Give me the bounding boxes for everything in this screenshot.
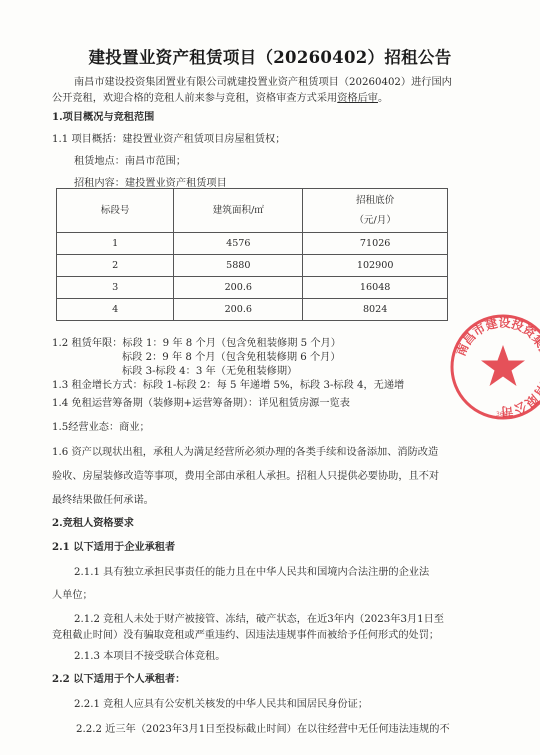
- svg-text:3601: 3601: [496, 411, 511, 418]
- item-1-1: 1.1 项目概括：建投置业资产租赁项目房屋租赁权；: [52, 130, 285, 145]
- lot-number: 3: [57, 277, 174, 299]
- lot-number: 4: [57, 299, 174, 321]
- header-price-unit: （元/月）: [303, 211, 447, 231]
- reserve-price: 8024: [303, 299, 448, 321]
- table-row: 1 4576 71026: [57, 233, 448, 255]
- header-floor-area: 建筑面积/㎡: [174, 189, 303, 233]
- floor-area: 5880: [174, 255, 303, 277]
- lease-location: 租赁地点：南昌市范围；: [74, 152, 186, 167]
- item-1-2-line-2: 标段 2：9 年 8 个月（包含免租装修期 6 个月）: [122, 348, 341, 363]
- reserve-price: 71026: [303, 233, 448, 255]
- lease-content: 招租内容：建投置业资产租赁项目: [74, 174, 227, 189]
- intro-text: 公开竞租，欢迎合格的竞租人前来参与竞租，资格审查方式采用: [52, 93, 337, 104]
- header-reserve-price: 招租底价 （元/月）: [303, 189, 448, 233]
- review-method: 资格后审: [337, 93, 378, 104]
- item-1-5: 1.5经营业态：商业；: [52, 418, 150, 433]
- item-2-1-3: 2.1.3 本项目不接受联合体竞租。: [74, 647, 225, 662]
- item-1-3: 1.3 租金增长方式：标段 1-标段 2：每 5 年递增 5%，标段 3-标段 …: [52, 376, 404, 391]
- item-2-1: 2.1 以下适用于企业承租者: [52, 538, 175, 553]
- lot-number: 2: [57, 255, 174, 277]
- table-row: 2 5880 102900: [57, 255, 448, 277]
- section-2-heading: 2.竞租人资格要求: [52, 514, 134, 529]
- floor-area: 200.6: [174, 299, 303, 321]
- table-header-row: 标段号 建筑面积/㎡ 招租底价 （元/月）: [57, 189, 448, 233]
- item-1-4: 1.4 免租运营筹备期（装修期+运营筹备期）：详见租赁房源一览表: [52, 394, 350, 409]
- floor-area: 200.6: [174, 277, 303, 299]
- reserve-price: 102900: [303, 255, 448, 277]
- floor-area: 4576: [174, 233, 303, 255]
- item-2-2-1: 2.2.1 竞租人应具有公安机关核发的中华人民共和国居民身份证；: [74, 695, 368, 710]
- section-1-heading: 1.项目概况与竞租范围: [52, 108, 154, 123]
- lots-table: 标段号 建筑面积/㎡ 招租底价 （元/月） 1 4576 71026 2 588…: [56, 188, 448, 321]
- intro-line-1: 南昌市建设投资集团置业有限公司就建投置业资产租赁项目（20260402）进行国内: [74, 73, 452, 88]
- intro-end: 。: [378, 93, 388, 104]
- item-2-1-2-line-1: 2.1.2 竞租人未处于财产被接管、冻结，破产状态，在近3年内（2023年3月1…: [74, 610, 444, 625]
- document-page: 建投置业资产租赁项目（20260402）招租公告 南昌市建设投资集团置业有限公司…: [0, 0, 540, 755]
- page-title: 建投置业资产租赁项目（20260402）招租公告: [0, 44, 540, 68]
- intro-line-2: 公开竞租，欢迎合格的竞租人前来参与竞租，资格审查方式采用资格后审。: [52, 89, 388, 104]
- reserve-price: 16048: [303, 277, 448, 299]
- lot-number: 1: [57, 233, 174, 255]
- item-1-6-line-1: 1.6 资产以现状出租，承租人为满足经营所必须办理的各类手续和设备添加、消防改造: [52, 443, 438, 458]
- item-2-2: 2.2 以下适用于个人承租者：: [52, 670, 185, 685]
- header-lot-number: 标段号: [57, 189, 174, 233]
- item-2-2-2: 2.2.2 近三年（2023年3月1日至投标截止时间）在以往经营中无任何违法违规…: [76, 720, 450, 735]
- item-2-1-1-line-2: 人单位；: [52, 586, 93, 601]
- item-1-6-line-2: 验收、房屋装修改造等事项，费用全部由承租人承担。招租人只提供必要协助，且不对: [52, 467, 439, 482]
- item-1-2-line-3: 标段 3-标段 4：3 年（无免租装修期）: [122, 362, 297, 377]
- item-2-1-2-line-2: 竞租截止时间）没有骗取竞租或严重违约、因违法违规事件而被给予任何形式的处罚；: [52, 626, 439, 641]
- table-row: 3 200.6 16048: [57, 277, 448, 299]
- item-1-6-line-3: 最终结果做任何承诺。: [52, 491, 154, 506]
- company-seal-icon: 南昌市建设投资集团置业有限公司 3601: [448, 312, 540, 422]
- table-row: 4 200.6 8024: [57, 299, 448, 321]
- item-1-2-line-1: 1.2 租赁年限：标段 1：9 年 8 个月（包含免租装修期 5 个月）: [52, 334, 341, 349]
- item-2-1-1-line-1: 2.1.1 具有独立承担民事责任的能力且在中华人民共和国境内合法注册的企业法: [74, 563, 429, 578]
- header-price-label: 招租底价: [303, 191, 447, 211]
